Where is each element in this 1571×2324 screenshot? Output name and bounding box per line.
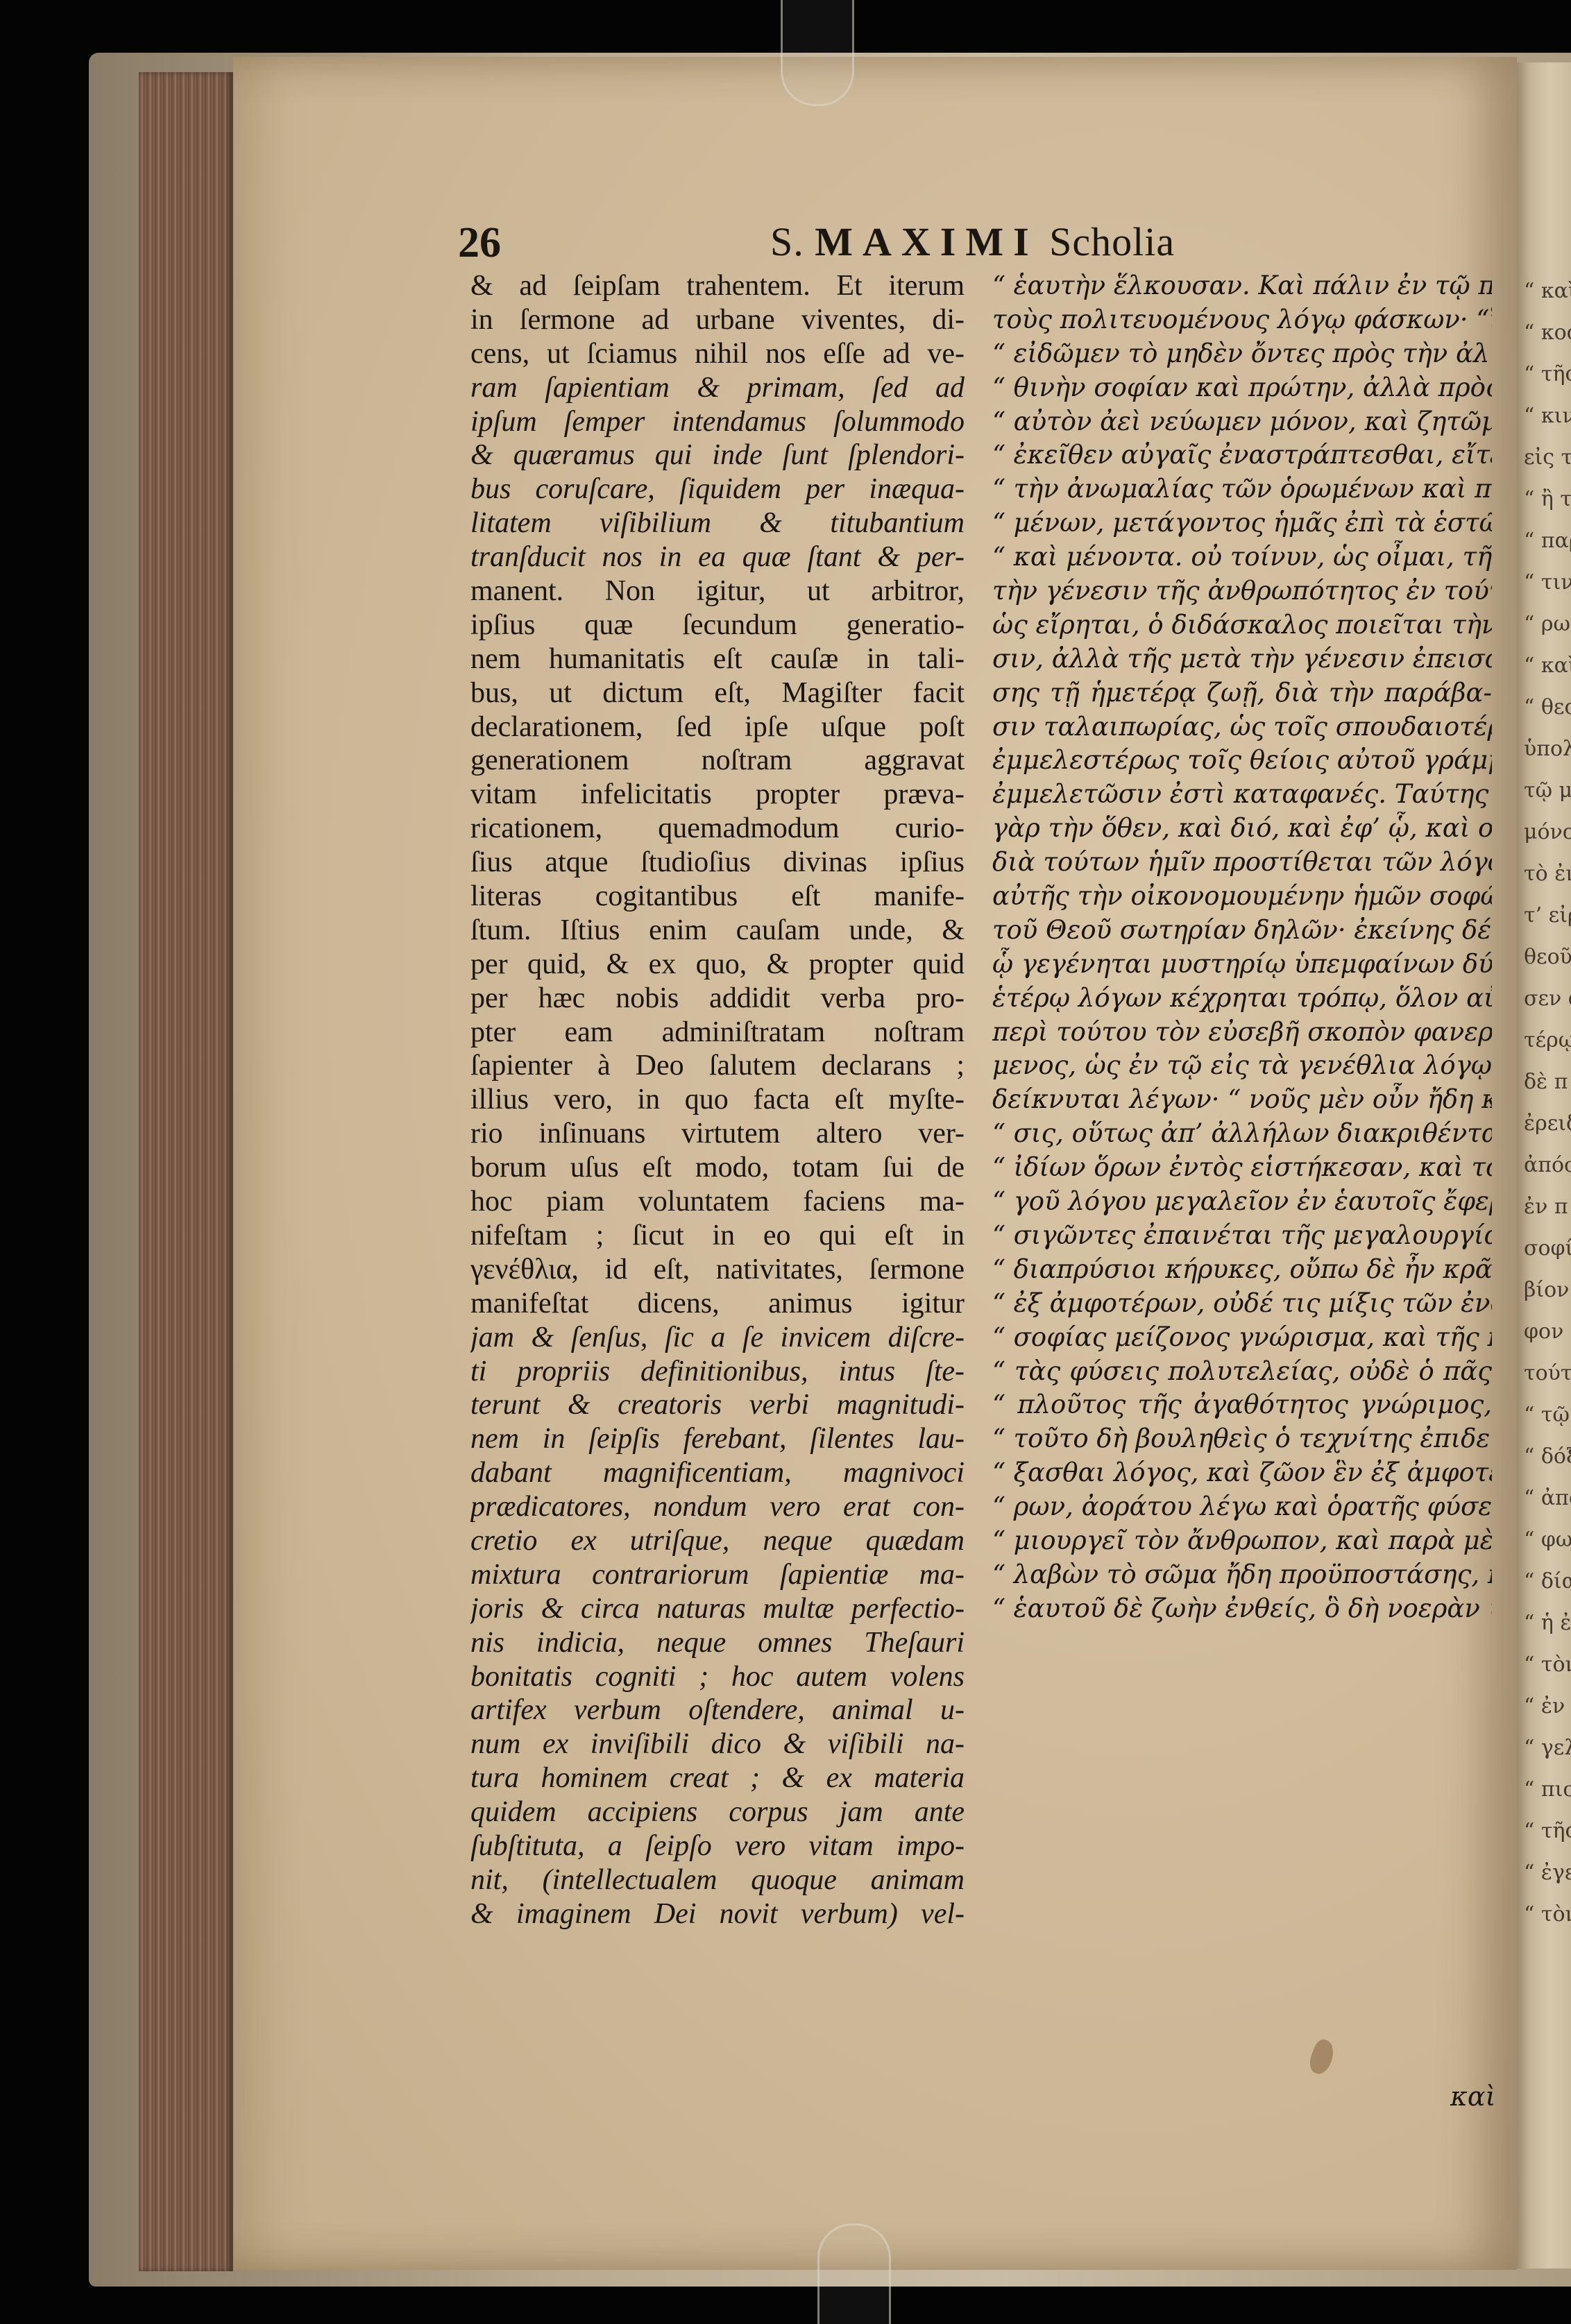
- text-line: mixtura contrariorum ſapientiæ ma-: [470, 1558, 965, 1592]
- fragment-line: εἰς τὰ: [1517, 437, 1571, 479]
- text-line: nis indicia, neque omnes Theſauri: [470, 1626, 965, 1660]
- fragment-line: σεν ἀπ: [1517, 978, 1571, 1020]
- fragment-line: τῷ μὴ: [1517, 770, 1571, 812]
- greek-text-line: “ τὰς φύσεις πολυτελείας, οὐδὲ ὁ πᾶς: [992, 1355, 1492, 1389]
- fragment-line: “ τῆς ἰσ: [1517, 1811, 1571, 1852]
- text-line: bus coruſcare, ſiquidem per inæqua-: [470, 472, 965, 506]
- greek-text-line: “ ἑαυτὴν ἕλκουσαν. Καὶ πάλιν ἐν τῷ πρὸς: [992, 269, 1492, 303]
- fragment-line: “ ρωθῇ: [1517, 604, 1571, 645]
- text-line: jam & ſenſus, ſic a ſe invicem diſcre-: [470, 1321, 965, 1355]
- fragment-line: τὸ ἐνδεί: [1517, 853, 1571, 895]
- fragment-line: “ κιν: [1517, 395, 1571, 437]
- text-line: ipſius quæ ſecundum generatio-: [470, 608, 965, 642]
- fragment-line: “ ἐγείρα: [1517, 1852, 1571, 1894]
- fragment-line: “ φωτ: [1517, 1519, 1571, 1561]
- greek-text-line: “ τὴν ἀνωμαλίας τῶν ὁρωμένων καὶ περιτρε…: [992, 472, 1492, 506]
- title-caps: MAXIMI: [815, 219, 1038, 264]
- text-line: ſius atque ſtudioſius divinas ipſius: [470, 846, 965, 880]
- greek-text-line: “ σιγῶντες ἐπαινέται τῆς μεγαλουργίας κα…: [992, 1219, 1492, 1253]
- greek-text-line: ὡς εἴρηται, ὁ διδάσκαλος ποιεῖται τὴν δή…: [992, 608, 1492, 642]
- fragment-line: τούτ: [1517, 1353, 1571, 1394]
- greek-text-line: “ γοῦ λόγου μεγαλεῖον ἐν ἑαυτοῖς ἔφερον,: [992, 1185, 1492, 1219]
- fragment-line: “ ἢ τοῦ: [1517, 479, 1571, 520]
- catchword: καὶ: [1450, 2081, 1495, 2112]
- fragment-line: “ τῆς: [1517, 354, 1571, 395]
- fragment-line: “ δίας: [1517, 1561, 1571, 1603]
- text-line: & imaginem Dei novit verbum) vel-: [470, 1897, 965, 1931]
- text-line: hoc piam voluntatem faciens ma-: [470, 1185, 965, 1219]
- fragment-line: “ τὸν ἐ: [1517, 1894, 1571, 1936]
- greek-text-line: ἐμμελεστέρως τοῖς θείοις αὐτοῦ γράμμασιν: [992, 744, 1492, 778]
- text-line: nifeſtam ; ſicut in eo qui eſt in: [470, 1219, 965, 1253]
- greek-text-line: “ ἐξ ἀμφοτέρων, οὐδέ τις μίξις τῶν ἐναντ…: [992, 1287, 1492, 1321]
- text-line: generationem noſtram aggravat: [470, 744, 965, 778]
- text-line: declarationem, ſed ipſe uſque poſt: [470, 710, 965, 744]
- greek-text-line: “ αὐτὸν ἀεὶ νεύωμεν μόνον, καὶ ζητῶμεν τ…: [992, 405, 1492, 439]
- greek-text-line: σιν ταλαιπωρίας, ὡς τοῖς σπουδαιοτέρως κ…: [992, 710, 1492, 744]
- greek-text-line: δείκνυται λέγων· “ νοῦς μὲν οὖν ἤδη καὶ …: [992, 1083, 1492, 1117]
- text-line: quidem accipiens corpus jam ante: [470, 1795, 965, 1829]
- fragment-line: “ τῷ: [1517, 1394, 1571, 1436]
- greek-text-line: “ σοφίας μείζονος γνώρισμα, καὶ τῆς περὶ: [992, 1321, 1492, 1355]
- greek-text-line: “ πλοῦτος τῆς ἀγαθότητος γνώριμος,: [992, 1388, 1492, 1422]
- greek-text-line: σης τῇ ἡμετέρᾳ ζωῇ, διὰ τὴν παράβα-: [992, 676, 1492, 710]
- text-line: & quæramus qui inde ſunt ſplendori-: [470, 438, 965, 472]
- text-line: manifeſtat dicens, animus igitur: [470, 1287, 965, 1321]
- text-line: pter eam adminiſtratam noſtram: [470, 1016, 965, 1050]
- text-line: nem humanitatis eſt cauſæ in tali-: [470, 642, 965, 676]
- greek-text-line: “ ἰδίων ὅρων ἐντὸς εἱστήκεσαν, καὶ τὸ το…: [992, 1151, 1492, 1185]
- text-line: bus, ut dictum eſt, Magiſter facit: [470, 676, 965, 710]
- text-line: vitam infelicitatis propter præva-: [470, 778, 965, 812]
- fragment-line: “ ἀπο: [1517, 1478, 1571, 1519]
- text-line: in ſermone ad urbane viventes, di-: [470, 303, 965, 337]
- greek-text-line: “ λαβὼν τὸ σῶμα ἤδη προϋποστάσης, παρ’: [992, 1558, 1492, 1592]
- fragment-line: ἐν π: [1517, 1186, 1571, 1228]
- fragment-line: τ’ εἰρημε: [1517, 895, 1571, 937]
- title-prefix: S.: [770, 219, 804, 264]
- right-page-fragment: “ καὶ“ κοσμ“ τῆς“ κινεἰς τὰ“ ἢ τοῦ“ παρ“…: [1517, 62, 1571, 2269]
- fragment-line: “ πιστεύ: [1517, 1769, 1571, 1811]
- greek-text-line: “ ἑαυτοῦ δὲ ζωὴν ἐνθείς, ὃ δὴ νοερὰν ψυχ…: [992, 1592, 1492, 1626]
- greek-text-line: “ μιουργεῖ τὸν ἄνθρωπον, καὶ παρὰ μὲν τῆ…: [992, 1524, 1492, 1558]
- fragment-line: σοφία: [1517, 1228, 1571, 1270]
- text-line: literas cogitantibus eſt manife-: [470, 880, 965, 914]
- text-line: ſtum. Iſtius enim cauſam unde, &: [470, 914, 965, 948]
- fragment-line: “ δόξ: [1517, 1436, 1571, 1478]
- text-line: ipſum ſemper intendamus ſolummodo: [470, 405, 965, 439]
- greek-text-line: γὰρ τὴν ὅθεν, καὶ διό, καὶ ἐφ’ ᾧ, καὶ οὗ…: [992, 812, 1492, 846]
- fragment-line: “ παρ: [1517, 520, 1571, 562]
- greek-text-line: “ εἰδῶμεν τὸ μηδὲν ὄντες πρὸς τὴν ἀλη-: [992, 337, 1492, 371]
- text-line: litatem viſibilium & titubantium: [470, 506, 965, 540]
- greek-text-line: “ τοῦτο δὴ βουληθεὶς ὁ τεχνίτης ἐπιδεί-: [992, 1422, 1492, 1456]
- greek-text-line: “ μένων, μετάγοντος ἡμᾶς ἐπὶ τὰ ἑστῶτα: [992, 506, 1492, 540]
- text-line: artifex verbum oſtendere, animal u-: [470, 1693, 965, 1727]
- text-line: nit, (intellectualem quoque animam: [470, 1863, 965, 1897]
- text-line: num ex inviſibili dico & viſibili na-: [470, 1727, 965, 1761]
- text-line: manent. Non igitur, ut arbitror,: [470, 574, 965, 608]
- text-line: prædicatores, nondum vero erat con-: [470, 1490, 965, 1524]
- greek-text-line: “ καὶ μένοντα. οὐ τοίνυν, ὡς οἶμαι, τῆς …: [992, 540, 1492, 574]
- text-line: bonitatis cogniti ; hoc autem volens: [470, 1660, 965, 1694]
- text-line: illius vero, in quo facta eſt myſte-: [470, 1083, 965, 1117]
- fragment-line: “ τινας: [1517, 562, 1571, 604]
- fragment-line: ἀπόσ: [1517, 1145, 1571, 1186]
- text-line: rio inſinuans virtutem altero ver-: [470, 1117, 965, 1151]
- greek-text-line: αὐτῆς τὴν οἰκονομουμένην ἡμῶν σοφῶς περὶ: [992, 880, 1492, 914]
- greek-text-line: σιν, ἀλλὰ τῆς μετὰ τὴν γένεσιν ἐπεισαχθε…: [992, 642, 1492, 676]
- fragment-line: “ τὸν: [1517, 1644, 1571, 1686]
- fragment-line: “ γελος: [1517, 1727, 1571, 1769]
- greek-text-line: τὴν γένεσιν τῆς ἀνθρωπότητος ἐν τούτοις,: [992, 574, 1492, 608]
- fragment-line: θεοῦ μό: [1517, 937, 1571, 978]
- greek-text-line: τοὺς πολιτευομένους λόγῳ φάσκων· “ἵν’: [992, 303, 1492, 337]
- page-title: S. MAXIMI Scholia: [770, 219, 1175, 265]
- fragment-line: “ καὶ δι: [1517, 645, 1571, 687]
- greek-text-line: μενος, ὡς ἐν τῷ εἰς τὰ γενέθλια λόγῳ: [992, 1049, 1492, 1083]
- title-suffix: Scholia: [1049, 219, 1175, 264]
- text-line: ricationem, quemadmodum curio-: [470, 812, 965, 846]
- fragment-line: φον: [1517, 1311, 1571, 1353]
- greek-text-line: ᾧ γεγένηται μυστηρίῳ ὑπεμφαίνων δύναμιν,: [992, 948, 1492, 982]
- text-line: & ad ſeipſam trahentem. Et iterum: [470, 269, 965, 303]
- fragment-line: ὑπολα: [1517, 728, 1571, 770]
- greek-text-line: “ ἐκεῖθεν αὐγαῖς ἐναστράπτεσθαι, εἴτε δι…: [992, 438, 1492, 472]
- text-line: per quid, & ex quo, & propter quid: [470, 948, 965, 982]
- greek-text-line: “ διαπρύσιοι κήρυκες, οὔπω δὲ ἦν κρᾶμα: [992, 1253, 1492, 1287]
- greek-column: “ ἑαυτὴν ἕλκουσαν. Καὶ πάλιν ἐν τῷ πρὸςτ…: [992, 269, 1492, 1626]
- fragment-line: μόνον τὸ: [1517, 812, 1571, 853]
- fragment-line: “ θεοῦ π: [1517, 687, 1571, 728]
- text-line: ram ſapientiam & primam, ſed ad: [470, 371, 965, 405]
- fragment-line: τέρῳ: [1517, 1020, 1571, 1061]
- text-line: ti propriis definitionibus, intus ſte-: [470, 1355, 965, 1389]
- text-line: cretio ex utriſque, neque quædam: [470, 1524, 965, 1558]
- text-line: γενέθλια, id eſt, nativitates, ſermone: [470, 1253, 965, 1287]
- page-clamp-bottom: [817, 2223, 891, 2324]
- greek-text-line: ἐμμελετῶσιν ἐστὶ καταφανές. Ταύτης μὲν: [992, 778, 1492, 812]
- greek-text-line: ἑτέρῳ λόγων κέχρηται τρόπῳ, ὅλον αὐτοῦ: [992, 982, 1492, 1016]
- text-line: cens, ut ſciamus nihil nos eſſe ad ve-: [470, 337, 965, 371]
- greek-text-line: “ σις, οὕτως ἀπ’ ἀλλήλων διακριθέντα τῶν: [992, 1117, 1492, 1151]
- greek-text-line: “ ξασθαι λόγος, καὶ ζῶον ἓν ἐξ ἀμφοτέ-: [992, 1456, 1492, 1490]
- greek-text-line: “ ρων, ἀοράτου λέγω καὶ ὁρατῆς φύσεως, δ…: [992, 1490, 1492, 1524]
- fragment-line: “ κοσμ: [1517, 312, 1571, 354]
- fragment-line: “ ἡ ἐλπι: [1517, 1603, 1571, 1644]
- text-line: tura hominem creat ; & ex materia: [470, 1761, 965, 1795]
- text-line: terunt & creatoris verbi magnitudi-: [470, 1388, 965, 1422]
- greek-text-line: “ θινὴν σοφίαν καὶ πρώτην, ἀλλὰ πρὸς: [992, 371, 1492, 405]
- text-line: borum uſus eſt modo, totam ſui de: [470, 1151, 965, 1185]
- text-line: nem in ſeipſis ferebant, ſilentes lau-: [470, 1422, 965, 1456]
- fragment-line: “ καὶ: [1517, 271, 1571, 312]
- text-line: ſapienter à Deo ſalutem declarans ;: [470, 1049, 965, 1083]
- page-edges: [139, 72, 233, 2271]
- greek-text-line: διὰ τούτων ἡμῖν προστίθεται τῶν λόγων δι…: [992, 846, 1492, 880]
- greek-text-line: περὶ τούτου τὸν εὐσεβῆ σκοπὸν φανερὸν πο…: [992, 1016, 1492, 1050]
- page-number: 26: [458, 219, 501, 268]
- fragment-line: δὲ π: [1517, 1061, 1571, 1103]
- fragment-line: “ ἐν τοῖς: [1517, 1686, 1571, 1727]
- text-line: per hæc nobis addidit verba pro-: [470, 982, 965, 1016]
- text-line: joris & circa naturas multæ perfectio-: [470, 1592, 965, 1626]
- fragment-line: βίον κ: [1517, 1270, 1571, 1311]
- latin-column: & ad ſeipſam trahentem. Et iterumin ſerm…: [470, 269, 965, 1931]
- page-clamp-top: [781, 0, 854, 106]
- text-line: ſubſtituta, a ſeipſo vero vitam impo-: [470, 1829, 965, 1863]
- greek-text-line: τοῦ Θεοῦ σωτηρίαν δηλῶν· ἐκείνης δέ, τὴν…: [992, 914, 1492, 948]
- text-line: dabant magnificentiam, magnivoci: [470, 1456, 965, 1490]
- text-line: tranſducit nos in ea quæ ſtant & per-: [470, 540, 965, 574]
- fragment-line: ἐρειδόμ: [1517, 1103, 1571, 1145]
